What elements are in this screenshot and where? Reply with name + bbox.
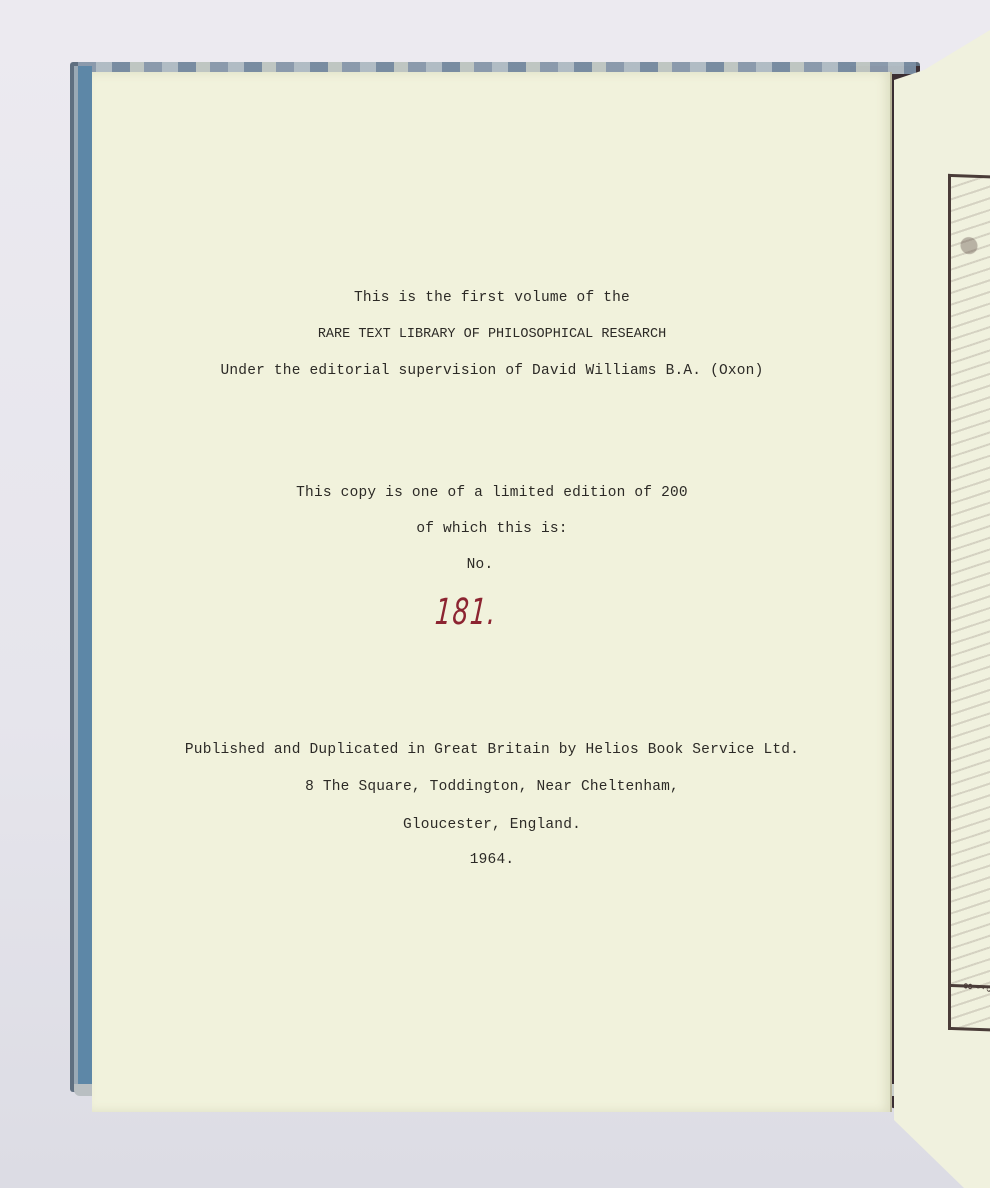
limitation-line: This copy is one of a limited edition of… xyxy=(92,485,892,501)
publication-year: 1964. xyxy=(92,852,892,868)
address-line-2: Gloucester, England. xyxy=(92,817,892,833)
page-gutter xyxy=(890,72,892,1112)
number-label: No. xyxy=(80,557,880,573)
which-line: of which this is: xyxy=(92,521,892,537)
handwritten-copy-number: 181. xyxy=(434,592,499,633)
intro-line: This is the first volume of the xyxy=(92,290,892,306)
book-photo: ∞∽∞ This is the first volume of the RARE… xyxy=(0,0,990,1188)
publisher-line: Published and Duplicated in Great Britai… xyxy=(92,742,892,758)
cover-left-edge xyxy=(74,66,92,1086)
editor-line: Under the editorial supervision of David… xyxy=(92,363,892,379)
frontispiece-illustration xyxy=(948,174,990,1032)
address-line-1: 8 The Square, Toddington, Near Cheltenha… xyxy=(92,779,892,795)
series-title: RARE TEXT LIBRARY OF PHILOSOPHICAL RESEA… xyxy=(92,327,892,342)
